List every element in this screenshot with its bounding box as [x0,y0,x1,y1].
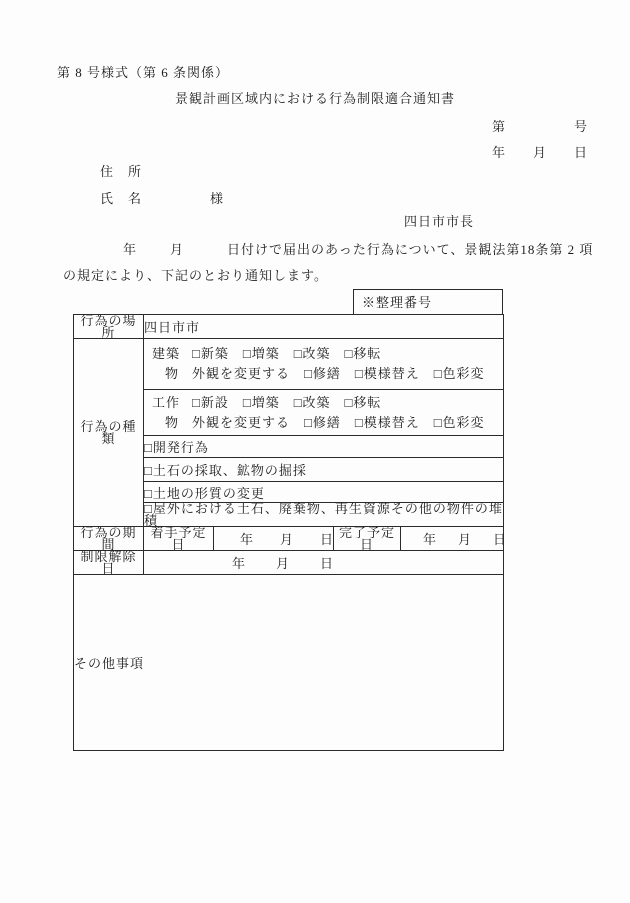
name-label: 氏 名 [100,188,142,207]
building-acts-row: 行為の種 類 建築 物 □新築 □増築 □改築 □移転 外観を変更する □修繕 … [74,339,504,390]
building-checkbox-line2: 外観を変更する □修繕 □模様替え □色彩変 [192,364,485,384]
end-date-value: 年 月 日 [401,527,504,551]
doc-number-suffix: 号 [574,116,588,135]
restriction-release-value: 年 月 日 [144,551,504,575]
structure-acts-cell: 工作 物 □新設 □増築 □改築 □移転 外観を変更する □修繕 □模様替え □… [144,390,504,436]
development-act-option: □開発行為 [144,436,504,458]
restriction-release-row: 制限解除 日 年 月 日 [74,551,504,575]
notified-year-label: 年 [123,239,137,258]
honorific-label: 様 [210,188,224,207]
mayor-name: 四日市市長 [404,211,474,230]
land-shape-option: □土地の形質の変更 [144,482,504,503]
restriction-release-label: 制限解除 日 [74,551,144,575]
building-label: 建築 物 [152,344,192,384]
notification-paragraph-line1: 日付けで届出のあった行為について、景観法第18条第 2 項 [227,239,593,258]
other-matters-row: その他事項 [74,575,504,751]
document-title: 景観計画区域内における行為制限適合通知書 [0,88,630,107]
other-matters-cell: その他事項 [74,575,504,751]
issue-day-label: 日 [574,142,588,161]
start-date-value: 年 月 日 [214,527,334,551]
building-acts-cell: 建築 物 □新築 □増築 □改築 □移転 外観を変更する □修繕 □模様替え □… [144,339,504,390]
form-number: 第 8 号様式（第 6 条関係） [57,62,229,81]
doc-number-line: 第 号 [492,116,588,135]
end-date-label: 完了予定 日 [334,527,401,551]
outdoor-storage-option: □屋外における土石、廃棄物、再生資源その他の物件の堆積 [144,503,504,527]
structure-checkbox-line1: □新設 □増築 □改築 □移転 [192,393,485,413]
act-period-label: 行為の期 間 [74,527,144,551]
act-location-label: 行為の場 所 [74,315,144,339]
issue-year-label: 年 [492,142,506,161]
issue-month-label: 月 [533,142,547,161]
address-label: 住 所 [100,161,142,180]
notification-table: 行為の場 所 四日市市 行為の種 類 建築 物 □新築 □増築 □改築 □移転 … [73,314,504,751]
doc-number-prefix: 第 [492,116,506,135]
notified-month-label: 月 [170,239,184,258]
structure-checkbox-line2: 外観を変更する □修繕 □模様替え □色彩変 [192,413,485,433]
act-location-row: 行為の場 所 四日市市 [74,315,504,339]
notification-paragraph-line2: の規定により、下記のとおり通知します。 [63,265,328,284]
document-page: 第 8 号様式（第 6 条関係） 景観計画区域内における行為制限適合通知書 第 … [0,0,630,903]
start-date-label: 着手予定 日 [144,527,214,551]
reference-number-box: ※整理番号 [353,289,503,314]
structure-label: 工作 物 [152,393,192,433]
issue-date-line: 年 月 日 [492,142,588,161]
act-kind-label: 行為の種 類 [74,339,144,527]
quarrying-option: □土石の採取、鉱物の掘採 [144,458,504,482]
act-period-row: 行為の期 間 着手予定 日 年 月 日 完了予定 日 年 [74,527,504,551]
building-checkbox-line1: □新築 □増築 □改築 □移転 [192,344,485,364]
act-location-value: 四日市市 [144,315,504,339]
